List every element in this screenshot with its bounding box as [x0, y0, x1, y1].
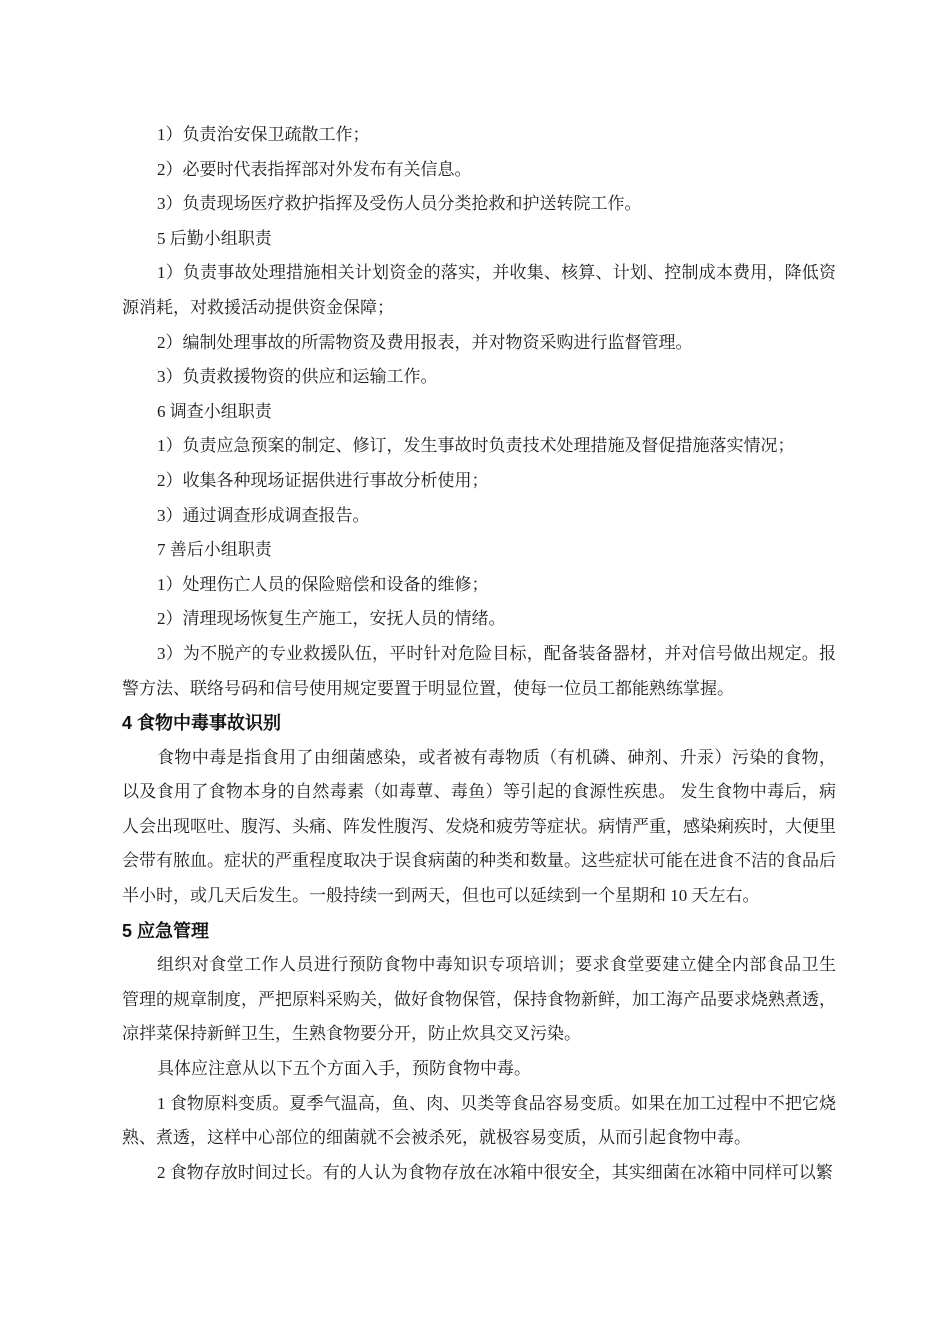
body-paragraph: 1 食物原料变质。夏季气温高，鱼、肉、贝类等食品容易变质。如果在加工过程中不把它…	[122, 1087, 836, 1156]
sub-heading: 5 后勤小组职责	[122, 222, 836, 257]
list-item-paragraph: 3）负责现场医疗救护指挥及受伤人员分类抢救和护送转院工作。	[122, 187, 836, 222]
body-paragraph: 组织对食堂工作人员进行预防食物中毒知识专项培训；要求食堂要建立健全内部食品卫生管…	[122, 948, 836, 1052]
body-paragraph: 食物中毒是指食用了由细菌感染，或者被有毒物质（有机磷、砷剂、升汞）污染的食物，以…	[122, 741, 836, 914]
section-heading: 5 应急管理	[122, 914, 836, 949]
document-page: 1）负责治安保卫疏散工作；2）必要时代表指挥部对外发布有关信息。3）负责现场医疗…	[0, 0, 950, 1344]
list-item-paragraph: 2）清理现场恢复生产施工，安抚人员的情绪。	[122, 602, 836, 637]
list-item-paragraph: 3）为不脱产的专业救援队伍，平时针对危险目标，配备装备器材，并对信号做出规定。报…	[122, 637, 836, 706]
list-item-paragraph: 2）必要时代表指挥部对外发布有关信息。	[122, 153, 836, 188]
list-item-paragraph: 3）通过调查形成调查报告。	[122, 499, 836, 534]
list-item-paragraph: 3）负责救援物资的供应和运输工作。	[122, 360, 836, 395]
list-item-paragraph: 1）处理伤亡人员的保险赔偿和设备的维修；	[122, 568, 836, 603]
sub-heading: 6 调查小组职责	[122, 395, 836, 430]
body-paragraph: 2 食物存放时间过长。有的人认为食物存放在冰箱中很安全，其实细菌在冰箱中同样可以…	[122, 1156, 836, 1191]
document-body: 1）负责治安保卫疏散工作；2）必要时代表指挥部对外发布有关信息。3）负责现场医疗…	[122, 118, 836, 1190]
list-item-paragraph: 2）收集各种现场证据供进行事故分析使用；	[122, 464, 836, 499]
list-item-paragraph: 1）负责事故处理措施相关计划资金的落实，并收集、核算、计划、控制成本费用，降低资…	[122, 256, 836, 325]
list-item-paragraph: 1）负责治安保卫疏散工作；	[122, 118, 836, 153]
section-heading: 4 食物中毒事故识别	[122, 706, 836, 741]
body-paragraph: 具体应注意从以下五个方面入手，预防食物中毒。	[122, 1052, 836, 1087]
list-item-paragraph: 1）负责应急预案的制定、修订，发生事故时负责技术处理措施及督促措施落实情况；	[122, 429, 836, 464]
sub-heading: 7 善后小组职责	[122, 533, 836, 568]
list-item-paragraph: 2）编制处理事故的所需物资及费用报表，并对物资采购进行监督管理。	[122, 326, 836, 361]
